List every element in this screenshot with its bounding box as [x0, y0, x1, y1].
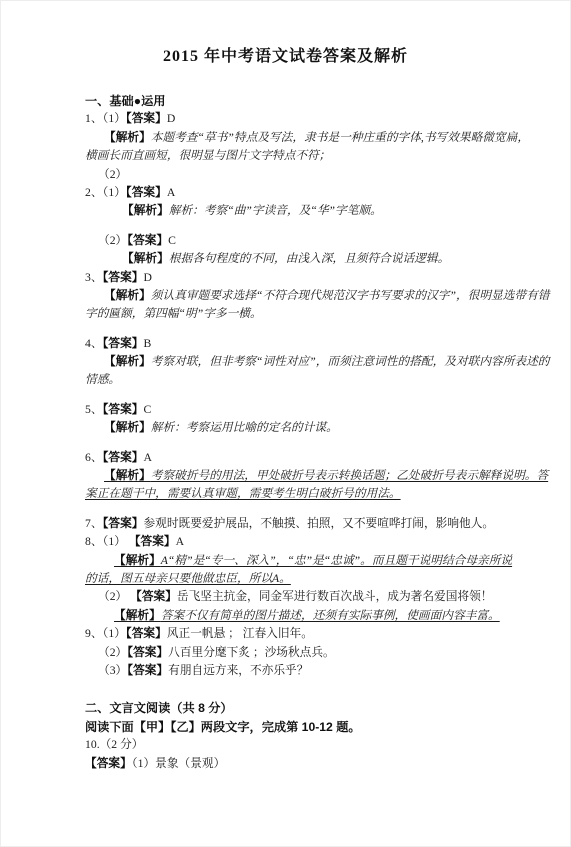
label-run: 【答案】: [129, 535, 176, 548]
text-run: A: [167, 186, 175, 199]
text-run: 答案不仅有简单的图片描述，还须有实际事例，使画面内容丰富。: [161, 609, 500, 622]
text-run: B: [143, 337, 151, 350]
text-run: 风正一帆悬 ； 江春入旧年。: [167, 627, 313, 640]
text-run: （1）景象（景观）: [132, 757, 226, 770]
text-line: 【解析】解析：考察“曲”字读音，及“华”字笔顺。: [85, 202, 540, 220]
text-run: C: [168, 234, 176, 247]
text-line: （2）【答案】C: [85, 232, 540, 250]
text-run: 解析：考察运用比喻的定名的计谋。: [151, 421, 338, 434]
blank-line: [85, 221, 540, 232]
text-line: 情感。: [85, 371, 540, 389]
text-line: 【解析】考察破折号的用法，甲处破折号表示转换话题；乙处破折号表示解释说明。答: [85, 467, 540, 485]
label-run: 【解析】: [114, 609, 161, 622]
label-run: 【答案】: [126, 186, 167, 199]
text-run: 本题考查“草书”特点及写法，隶书是一种庄重的字体,书写效果略微宽扁，: [151, 131, 529, 144]
text-line: 9、（1）【答案】风正一帆悬 ； 江春入旧年。: [85, 625, 540, 643]
text-run: 1、（1）: [85, 112, 126, 125]
label-run: 【答案】: [127, 646, 168, 659]
text-run: A: [143, 451, 151, 464]
text-run: 情感。: [85, 373, 120, 386]
text-run: 7、: [85, 517, 103, 530]
text-run: 5、: [85, 403, 103, 416]
text-run: （2）: [98, 646, 127, 659]
text-line: 【解析】考察对联，但非考察“词性对应”，而须注意词性的搭配，及对联内容所表述的: [85, 353, 540, 371]
label-run: 【解析】: [104, 131, 151, 144]
text-run: 须认真审题要求选择“不符合现代规范汉字书写要求的汉字”，很明显选带有错: [151, 289, 550, 302]
text-line: （3）【答案】有朋自远方来，不亦乐乎？: [85, 662, 540, 680]
label-run: 【答案】: [103, 451, 144, 464]
label-run: 【答案】: [103, 403, 144, 416]
text-run: 字的匾额，第四幅“明”字多一横。: [85, 307, 262, 320]
label-run: 【解析】: [104, 289, 151, 302]
text-run: A: [176, 535, 184, 548]
text-line: 7、【答案】参观时既要爱护展品，不触摸、拍照，又不要喧哗打闹，影响他人。: [85, 515, 540, 533]
text-line: 4、【答案】B: [85, 335, 540, 353]
text-run: 根据各句程度的不同，由浅入深，且须符合说话逻辑。: [169, 252, 450, 265]
label-run: 【解析】: [104, 355, 151, 368]
text-line: 【解析】本题考查“草书”特点及写法，隶书是一种庄重的字体,书写效果略微宽扁，: [85, 129, 540, 147]
text-line: （2）【答案】八百里分麾下炙 ；沙场秋点兵。: [85, 644, 540, 662]
label-run: 【解析】: [114, 554, 161, 567]
label-run: 【答案】: [85, 757, 132, 770]
blank-line: [85, 438, 540, 449]
text-line: 【解析】解析：考察运用比喻的定名的计谋。: [85, 419, 540, 437]
blank-line: [85, 504, 540, 515]
label-run: 【答案】: [127, 664, 168, 677]
label-run: 【答案】: [103, 517, 144, 530]
text-run: 3、: [85, 271, 103, 284]
label-run: 【解析】: [122, 204, 169, 217]
blank-line: [85, 680, 540, 699]
text-line: 5、【答案】C: [85, 401, 540, 419]
text-line: （2） 【答案】岳飞坚主抗金，同金军进行数百次战斗，成为著名爱国将领！: [85, 588, 540, 606]
label-run: 【答案】: [103, 271, 144, 284]
text-line: 3、【答案】D: [85, 269, 540, 287]
label-run: 【解析】: [104, 421, 151, 434]
text-run: 4、: [85, 337, 103, 350]
label-run: 【解析】: [104, 469, 151, 482]
blank-line: [85, 390, 540, 401]
label-run: 【答案】: [130, 590, 177, 603]
text-run: （2）: [98, 234, 127, 247]
text-run: 八百里分麾下炙 ；沙场秋点兵。: [168, 646, 335, 659]
text-line: 【答案】（1）景象（景观）: [85, 755, 540, 773]
text-run: 参观时既要爱护展品，不触摸、拍照，又不要喧哗打闹，影响他人。: [143, 517, 494, 530]
text-line: 【解析】根据各句程度的不同，由浅入深，且须符合说话逻辑。: [85, 250, 540, 268]
text-run: C: [143, 403, 151, 416]
text-line: 【解析】须认真审题要求选择“不符合现代规范汉字书写要求的汉字”，很明显选带有错: [85, 287, 540, 305]
text-run: 解析：考察“曲”字读音，及“华”字笔顺。: [169, 204, 382, 217]
text-line: 横画长而直画短，很明显与图片文字特点不符；: [85, 147, 540, 165]
blank-line: [85, 324, 540, 335]
text-run: （3）: [98, 664, 127, 677]
text-run: D: [167, 112, 175, 125]
text-run: 有朋自远方来，不亦乐乎？: [168, 664, 308, 677]
text-line: （2）: [85, 166, 540, 184]
text-run: 10.（2 分）: [85, 738, 143, 751]
section-heading: 二、文言文阅读（共 8 分）: [85, 699, 540, 717]
document-page: 2015 年中考语文试卷答案及解析 一、基础●运用1、（1）【答案】D【解析】本…: [0, 0, 571, 847]
text-run: 案正在题干中，需要认真审题，需要考生明白破折号的用法。: [85, 487, 401, 500]
text-line: 【解析】A“精”是“专一、深入”，“忠”是“忠诚”。而且题干说明结合母亲所说: [85, 552, 540, 570]
text-line: 的话，图五母亲只要他做忠臣，所以A。: [85, 570, 540, 588]
text-run: 的话，图五母亲只要他做忠臣，所以A。: [85, 572, 291, 585]
label-run: 【答案】: [126, 112, 167, 125]
text-run: 考察对联，但非考察“词性对应”，而须注意词性的搭配，及对联内容所表述的: [151, 355, 550, 368]
text-run: D: [143, 271, 151, 284]
text-run: A“精”是“专一、深入”，“忠”是“忠诚”。而且题干说明结合母亲所说: [161, 554, 512, 567]
text-line: 8、（1） 【答案】A: [85, 533, 540, 551]
text-run: 6、: [85, 451, 103, 464]
text-line: 字的匾额，第四幅“明”字多一横。: [85, 305, 540, 323]
section-heading: 一、基础●运用: [85, 92, 540, 110]
text-line: 10.（2 分）: [85, 736, 540, 754]
text-line: 案正在题干中，需要认真审题，需要考生明白破折号的用法。: [85, 485, 540, 503]
label-run: 【解析】: [122, 252, 169, 265]
text-run: 9、（1）: [85, 627, 126, 640]
section-heading: 阅读下面【甲】【乙】两段文字，完成第 10-12 题。: [85, 718, 540, 736]
text-run: 横画长而直画短，很明显与图片文字特点不符；: [85, 149, 330, 162]
text-line: 1、（1）【答案】D: [85, 110, 540, 128]
label-run: 【答案】: [126, 627, 167, 640]
label-run: 【答案】: [127, 234, 168, 247]
text-line: 2、（1）【答案】A: [85, 184, 540, 202]
text-run: （2）: [98, 590, 130, 603]
text-line: 6、【答案】A: [85, 449, 540, 467]
text-run: 考察破折号的用法，甲处破折号表示转换话题；乙处破折号表示解释说明。答: [151, 469, 548, 482]
text-run: 岳飞坚主抗金，同金军进行数百次战斗，成为著名爱国将领！: [177, 590, 493, 603]
document-body: 一、基础●运用1、（1）【答案】D【解析】本题考查“草书”特点及写法，隶书是一种…: [85, 92, 540, 773]
label-run: 【答案】: [103, 337, 144, 350]
text-line: 【解析】答案不仅有简单的图片描述，还须有实际事例，使画面内容丰富。: [85, 607, 540, 625]
text-run: 8、（1）: [85, 535, 129, 548]
page-title: 2015 年中考语文试卷答案及解析: [85, 43, 486, 66]
text-run: （2）: [98, 168, 127, 181]
text-run: 2、（1）: [85, 186, 126, 199]
